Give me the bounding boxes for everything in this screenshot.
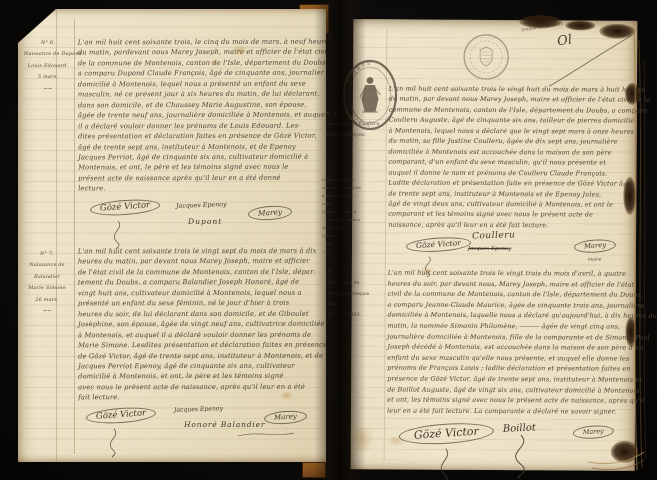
signature-marey: Marey [264, 410, 308, 426]
act-n6-margin-note: N° 6.Naissance de DupondLouis Edouard.5 … [24, 38, 72, 95]
handwritten-line: ~ ~ ~ [322, 248, 380, 256]
act-n6-body: L'an mil huit cent soixante trois, le ci… [78, 37, 327, 195]
act-n9-margin-note: N° 9.Naissance deSimonin FrançoisLouis.2… [328, 268, 392, 322]
handwritten-line: Naissance de Dupond [24, 49, 72, 60]
handwritten-line: masculin, né ce présent jour à six heure… [78, 89, 326, 100]
act-n7-body: L'an mil huit cent soixante trois le vin… [78, 246, 326, 403]
signature-dupont: Dupont [188, 217, 222, 226]
handwritten-line: Joseph décédé à Montenois, est accouchée… [387, 342, 631, 354]
burn-mark [519, 15, 561, 28]
handwritten-line: Coulleru Auguste, âgé de cinquante six a… [389, 115, 633, 127]
handwritten-line: Naissance de [328, 279, 392, 290]
handwritten-line: 26 mars. [20, 295, 74, 306]
signature-flourish [437, 448, 457, 480]
handwritten-line: domicilié à Montenois, et ont, le père e… [78, 371, 326, 382]
handwritten-line: de l'état civil de la commune de Monteno… [78, 267, 326, 278]
handwritten-line: matin, la nommée Simonin Philomène, ——— … [387, 321, 631, 333]
seated-figure-icon [367, 77, 374, 84]
handwritten-line: Justine Coulleru [322, 208, 380, 216]
book-spine-bottom [302, 462, 326, 478]
burn-mark [565, 20, 595, 30]
handwritten-line: N° 6. [24, 38, 72, 49]
handwritten-line: heures du soir, de lui déclarant dans so… [78, 308, 326, 319]
signature-grand-flourish [509, 434, 535, 480]
handwritten-line: … du … 18.. [322, 240, 380, 248]
signature-flourish [106, 428, 124, 458]
signature-marey: Marey [574, 238, 617, 254]
handwritten-line: de Gözé Victor, âgé de trente sept ans, … [78, 350, 326, 361]
handwritten-line: N° 8. [326, 110, 388, 120]
burn-mark [623, 177, 636, 215]
handwritten-line: Claude François. [326, 131, 388, 141]
signature-goze-victor: Gözé Victor [86, 406, 157, 426]
handwritten-line: du matin, sa fille Justine Coulleru, âgé… [389, 136, 633, 148]
signature-boillot: Boillot [503, 422, 536, 435]
handwritten-line: vingt huit ans, cultivateur domicilié à … [78, 287, 326, 298]
handwritten-line: Marie Simone [20, 283, 74, 294]
handwritten-line: à Montenois le … [322, 192, 380, 200]
signature-jacques-epenoy: Jacques Epenoy [174, 405, 223, 414]
handwritten-line: mariage contracté [322, 184, 380, 192]
handwritten-line: leur en a été fait lecture. La comparant… [387, 405, 631, 417]
corner-paraph: Ol [556, 33, 573, 50]
handwritten-line: entre … et [322, 200, 380, 208]
handwritten-line: du matin, pardevant nous Marey Joseph, m… [78, 47, 326, 58]
signature-goze-victor: Gözé Victor [406, 236, 472, 254]
handwritten-line: à Montenois, et auquel il a déclaré voul… [78, 329, 326, 340]
handwritten-line: Marie Simone. Lesdites présentation et d… [78, 340, 326, 351]
burn-mark [611, 441, 639, 463]
handwritten-line: comparant, d'un enfant du sexe masculin,… [388, 157, 632, 169]
handwritten-line: 23 avril 1863. [328, 311, 392, 322]
handwritten-line: L'an mil huit cent soixante trois le vin… [78, 246, 326, 257]
handwritten-line: présenté un enfant du sexe féminin, né l… [78, 298, 326, 309]
handwritten-line: ~~ [20, 306, 74, 317]
handwritten-line: N° 9. [328, 268, 392, 279]
handwritten-line: N° 7. [20, 249, 74, 260]
handwritten-line: … reconnaissance [322, 216, 380, 224]
signature-caption-maire: maire [588, 258, 601, 263]
handwritten-line: âgée de trente neuf ans, journalière dom… [78, 110, 326, 121]
act-n7-margin-note: N° 7.Naissance deBalandierMarie Simone26… [20, 249, 74, 317]
handwritten-line: l'état civil … [322, 232, 380, 240]
handwritten-line: Jacques Perriot, âgé de cinquante six an… [78, 152, 326, 163]
act-n8-body: L'an mil huit cent soixante trois le vin… [388, 84, 633, 231]
handwritten-line: civil de la commune de Montenois, canton… [388, 289, 632, 301]
signature-jacques-epenoy-struck: Jacques Epenoy [468, 246, 511, 252]
handwritten-line: Légitimé par le [322, 176, 380, 184]
handwritten-line: et ont, les témoins signé avec nous le p… [387, 395, 631, 407]
handwritten-line: heures du matin, par devant nous Marey J… [78, 256, 326, 267]
handwritten-line: 5 mars. [24, 72, 72, 83]
signature-marey: Marey [248, 204, 293, 221]
handwritten-line: lecture. [78, 183, 326, 194]
signature-jacques-epenoy: Jacques Epenoy [176, 201, 227, 210]
handwritten-line: Naissance de [20, 260, 74, 271]
handwritten-line: L'an mil huit cent soixante trois le vin… [388, 268, 632, 280]
handwritten-line: Louis Edouard. [24, 61, 72, 72]
handwritten-line: dites présentation et déclaration faites… [78, 131, 326, 142]
handwritten-line: Ladite déclaration et présentation faite… [388, 178, 632, 190]
handwritten-line: ~~ [24, 84, 72, 95]
signature-underline-flourish [236, 429, 296, 439]
handwritten-line: Louis. [328, 300, 392, 311]
act-n8-margin-note: N° 8.Naissance de CoulleruClaude Françoi… [326, 110, 388, 141]
handwritten-line: Simonin François [328, 290, 392, 301]
handwritten-line: Naissance de Coulleru [326, 120, 388, 130]
handwritten-line: présence de Gözé Victor, âgé de trente s… [387, 374, 631, 386]
signature-honore-balandier: Honoré Balandier [184, 420, 265, 429]
handwritten-line: Balandier [20, 272, 74, 283]
handwritten-line: a comparu Dupond Claude François, âgé de… [78, 68, 326, 79]
burn-mark [625, 317, 636, 347]
signature-goze-victor: Gözé Victor [90, 198, 161, 218]
archival-register-scan: N° 6.Naissance de DupondLouis Edouard.5 … [0, 0, 657, 480]
burn-mark [625, 83, 640, 105]
signature-goze-victor: Gözé Victor [398, 421, 494, 447]
handwritten-line: fait lecture. [78, 392, 326, 403]
signature-marey: Marey [572, 424, 614, 440]
handwritten-line: avec nous le présent acte de naissance, … [78, 382, 326, 393]
handwritten-line: Jacques Perriot Epenoy, âgé de cinquante… [78, 361, 326, 372]
handwritten-line: tement du Doubs, a comparu Balandier Jos… [78, 277, 326, 288]
signature-coulleru: Coulleru [472, 230, 516, 241]
handwritten-line: Josèphine, son épouse, âgée de vingt neu… [78, 319, 326, 330]
crest-icon [480, 47, 492, 66]
act-n9-body: L'an mil huit cent soixante trois le vin… [387, 268, 632, 417]
left-page: N° 6.Naissance de DupondLouis Edouard.5 … [18, 9, 326, 462]
round-ink-stamp [461, 32, 511, 82]
handwritten-line: de l'enfant … [322, 224, 380, 232]
marginal-mention-partially-legible: Légitimé par lemariage contractéà Monten… [322, 176, 380, 256]
margin-rule [74, 19, 75, 454]
handwritten-line: naissance, après qu'il leur en a été fai… [388, 219, 632, 231]
burn-mark [599, 24, 635, 39]
